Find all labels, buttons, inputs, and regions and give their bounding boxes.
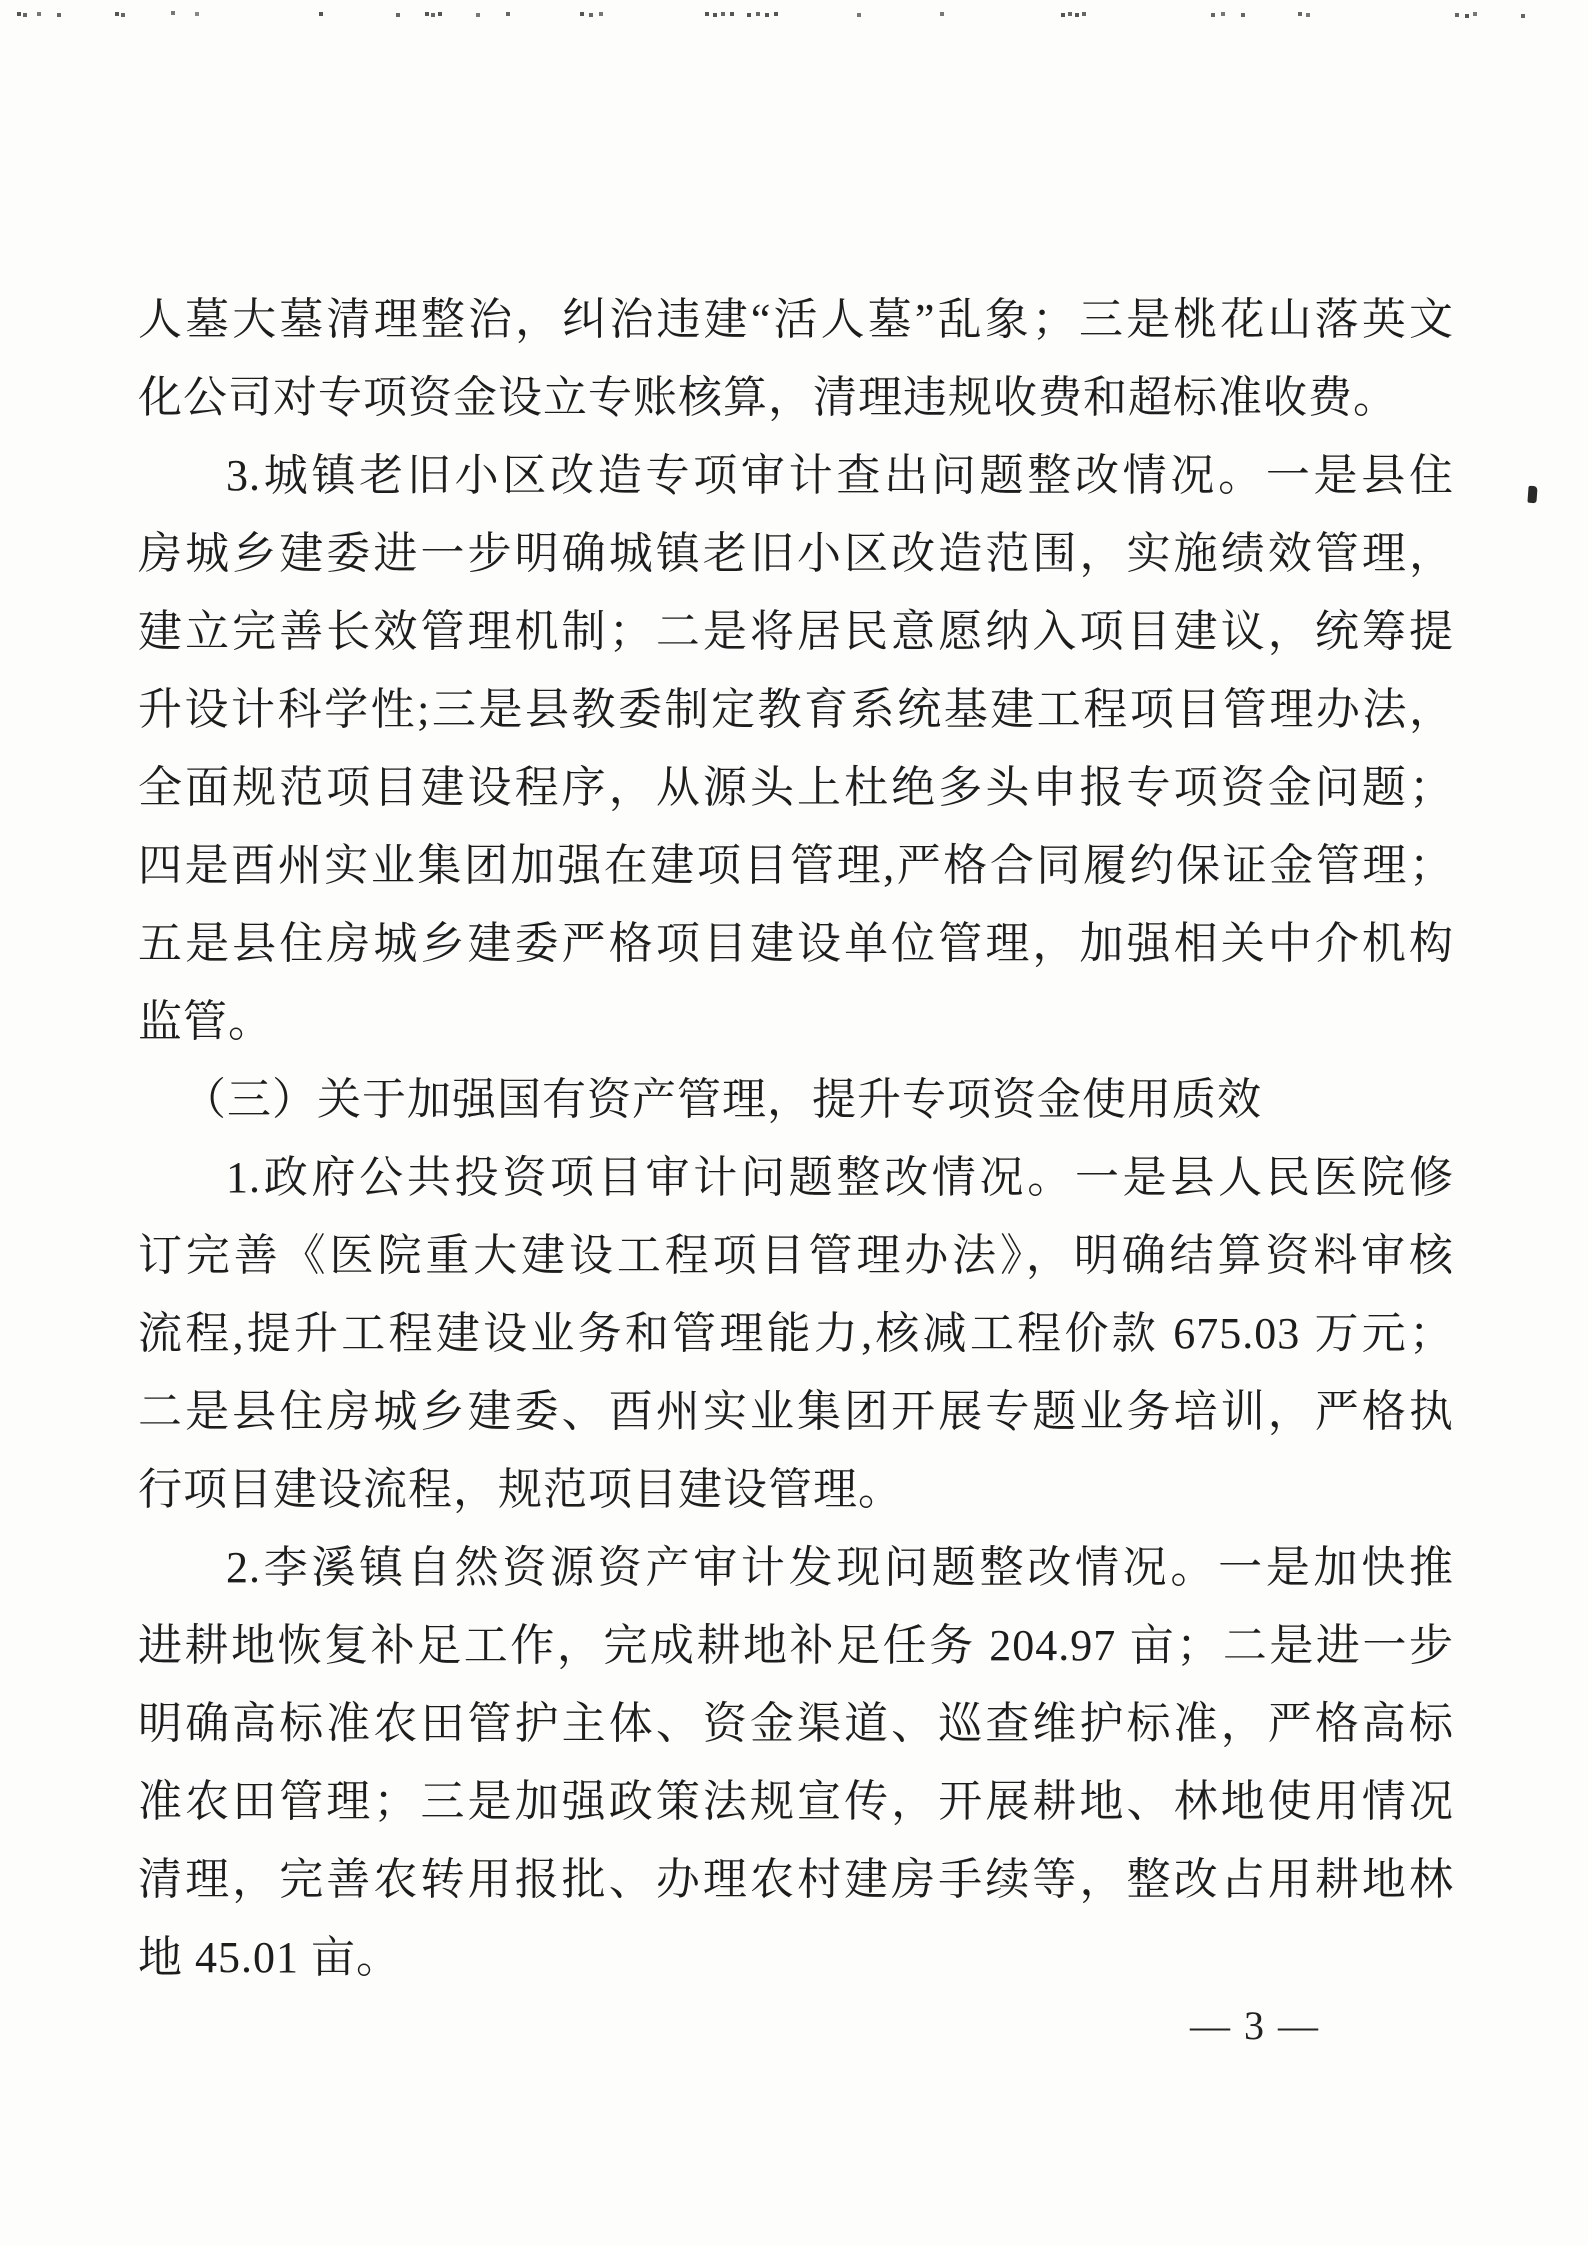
- text-line: 人墓大墓清理整治，纠治违建“活人墓”乱象；三是桃花山落英文: [138, 281, 1454, 359]
- text-line: 订完善《医院重大建设工程项目管理办法》，明确结算资料审核: [138, 1217, 1454, 1295]
- text-line: 流程,提升工程建设业务和管理能力,核减工程价款 675.03 万元；: [138, 1295, 1454, 1373]
- text-line: 升设计科学性;三是县教委制定教育系统基建工程项目管理办法，: [138, 671, 1454, 749]
- scan-noise-speck: [1527, 486, 1537, 504]
- text-line: 准农田管理；三是加强政策法规宣传，开展耕地、林地使用情况: [138, 1763, 1454, 1841]
- text-line: 3.城镇老旧小区改造专项审计查出问题整改情况。一是县住: [138, 437, 1454, 515]
- text-line: 行项目建设流程，规范项目建设管理。: [138, 1451, 1454, 1529]
- scan-noise-top-edge: [0, 0, 2, 2]
- document-page: 人墓大墓清理整治，纠治违建“活人墓”乱象；三是桃花山落英文化公司对专项资金设立专…: [0, 0, 1588, 2246]
- text-line: 清理，完善农转用报批、办理农村建房手续等，整改占用耕地林: [138, 1841, 1454, 1919]
- text-line: 房城乡建委进一步明确城镇老旧小区改造范围，实施绩效管理，: [138, 515, 1454, 593]
- text-line: （三）关于加强国有资产管理，提升专项资金使用质效: [138, 1061, 1454, 1139]
- text-line: 全面规范项目建设程序，从源头上杜绝多头申报专项资金问题；: [138, 749, 1454, 827]
- text-line: 二是县住房城乡建委、酉州实业集团开展专题业务培训，严格执: [138, 1373, 1454, 1451]
- text-line: 五是县住房城乡建委严格项目建设单位管理，加强相关中介机构: [138, 905, 1454, 983]
- text-line: 1.政府公共投资项目审计问题整改情况。一是县人民医院修: [138, 1139, 1454, 1217]
- text-line: 四是酉州实业集团加强在建项目管理,严格合同履约保证金管理；: [138, 827, 1454, 905]
- page-number: — 3 —: [1160, 2000, 1350, 2052]
- text-line: 进耕地恢复补足工作，完成耕地补足任务 204.97 亩；二是进一步: [138, 1607, 1454, 1685]
- text-line: 2.李溪镇自然资源资产审计发现问题整改情况。一是加快推: [138, 1529, 1454, 1607]
- text-line: 化公司对专项资金设立专账核算，清理违规收费和超标准收费。: [138, 359, 1454, 437]
- text-line: 监管。: [138, 983, 1454, 1061]
- document-body: 人墓大墓清理整治，纠治违建“活人墓”乱象；三是桃花山落英文化公司对专项资金设立专…: [138, 281, 1454, 1997]
- text-line: 建立完善长效管理机制；二是将居民意愿纳入项目建议，统筹提: [138, 593, 1454, 671]
- text-line: 明确高标准农田管护主体、资金渠道、巡查维护标准，严格高标: [138, 1685, 1454, 1763]
- text-line: 地 45.01 亩。: [138, 1919, 1454, 1997]
